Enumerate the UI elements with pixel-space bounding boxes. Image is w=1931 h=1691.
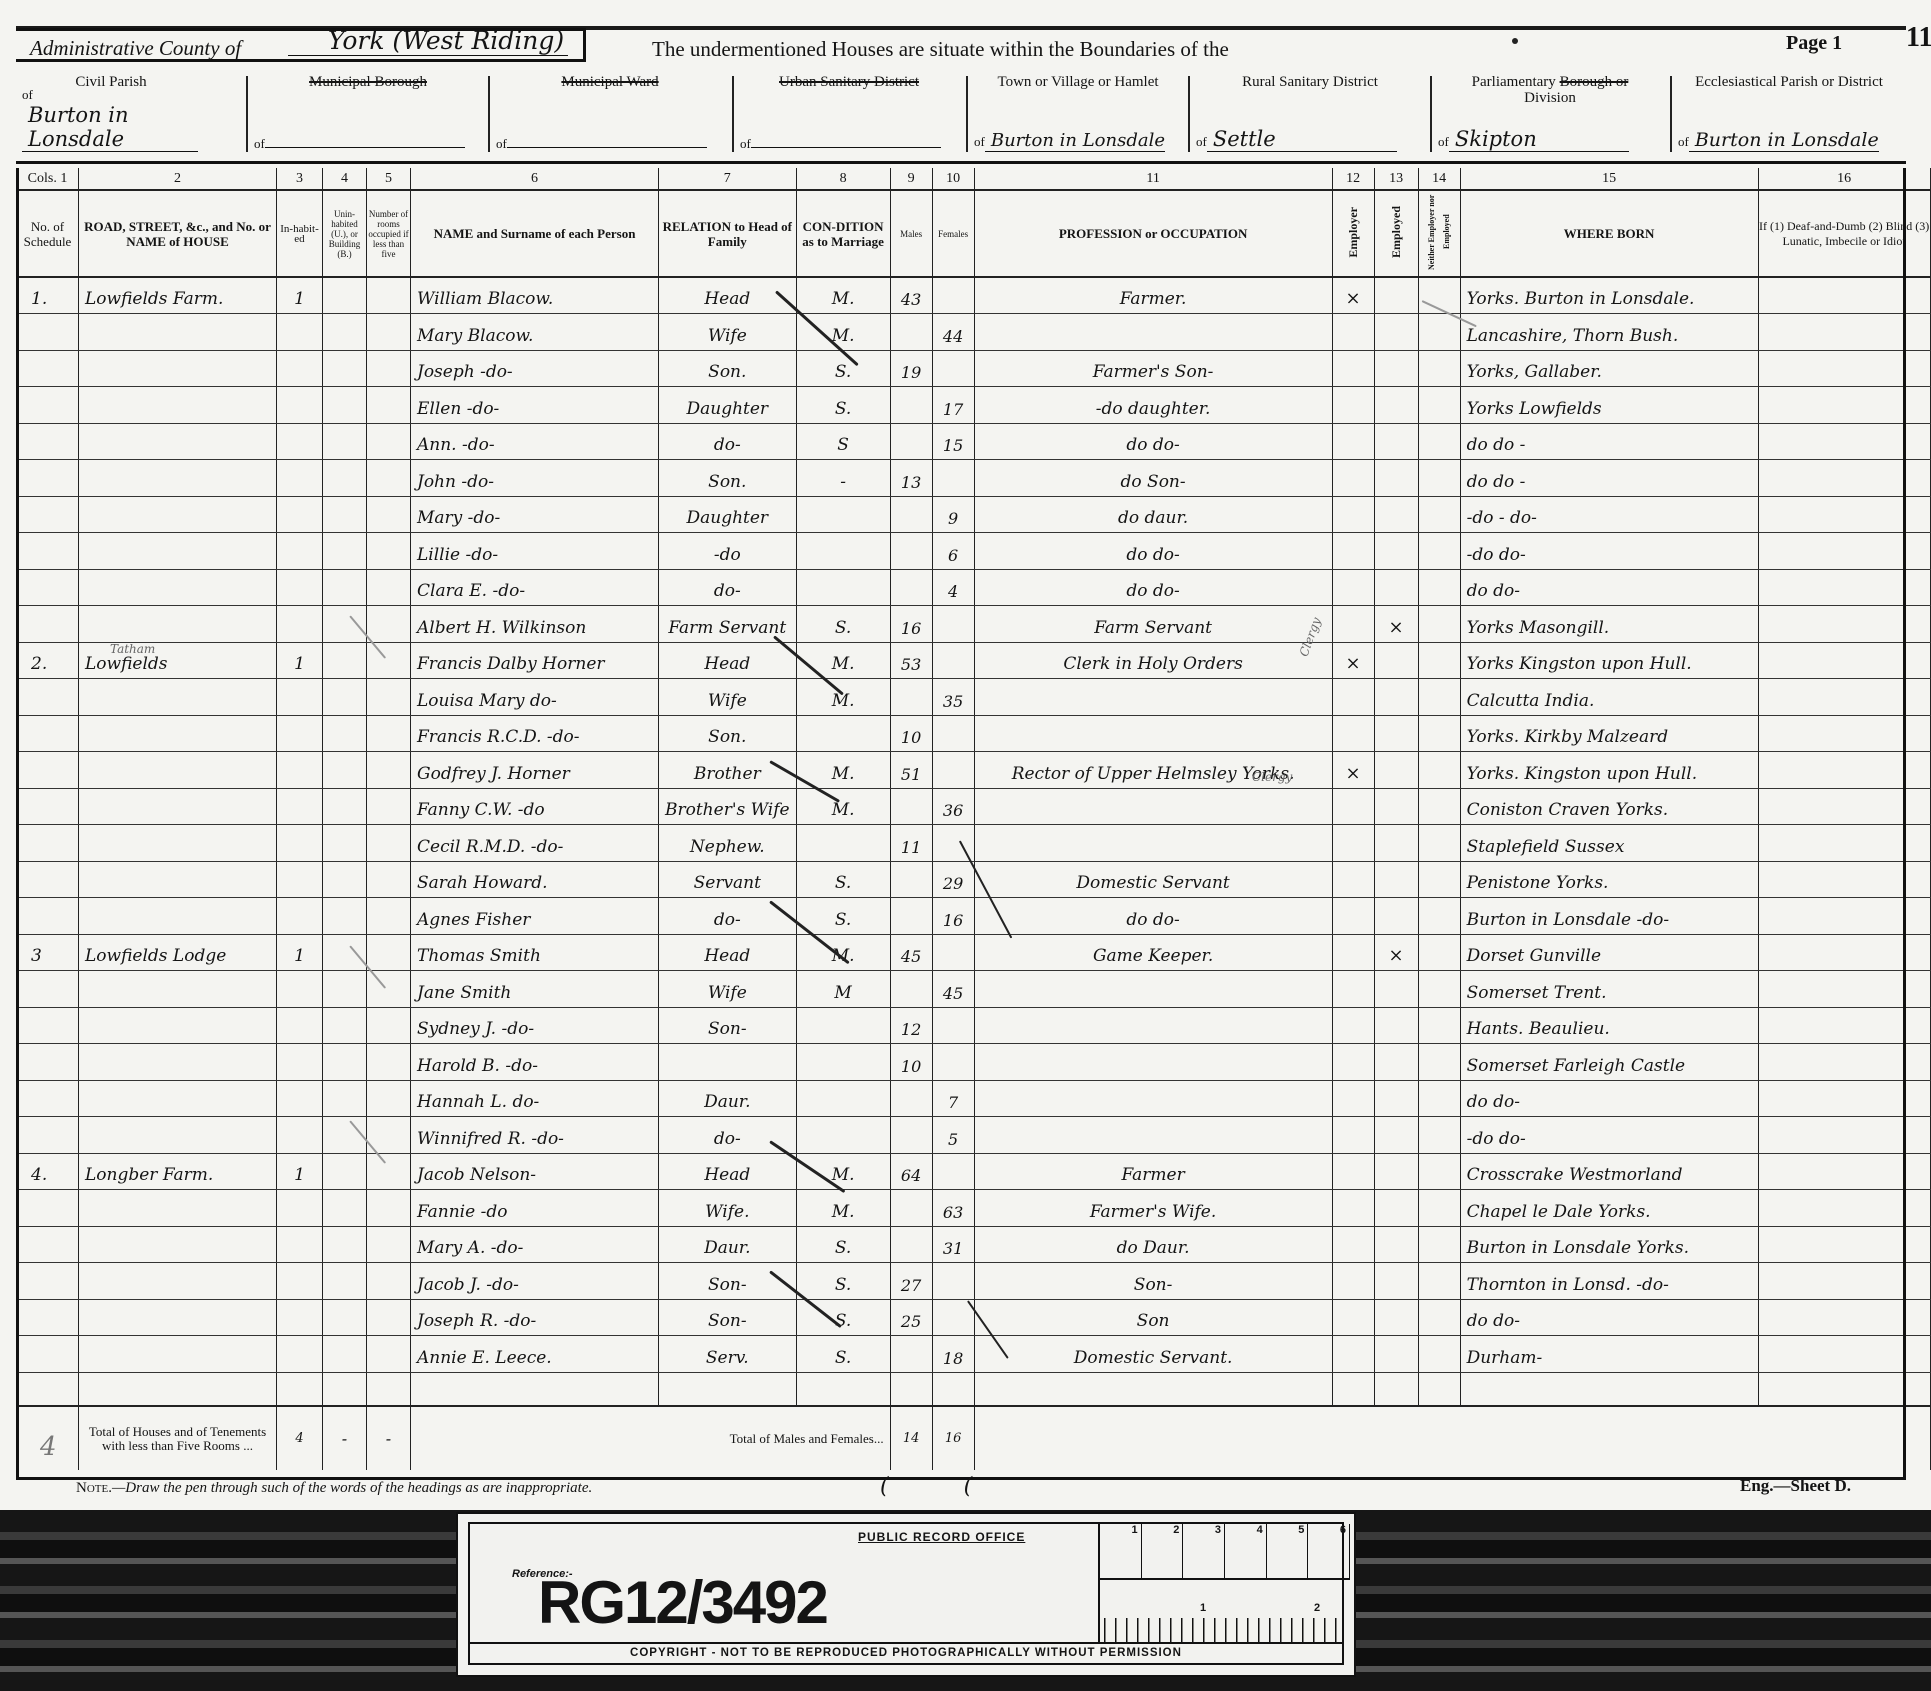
dot-mark xyxy=(1512,38,1518,44)
sheet-code: Eng.—Sheet D. xyxy=(1740,1476,1851,1496)
tick-marks: ( ( xyxy=(880,1474,1006,1499)
margin-mark: 4 xyxy=(40,1432,57,1462)
district-ecclesiastical: Ecclesiastical Parish or District ofBurt… xyxy=(1672,64,1906,164)
town-value: Burton in Lonsdale xyxy=(985,130,1165,152)
district-parliamentary: Parliamentary Borough orDivision ofSkipt… xyxy=(1432,64,1668,164)
reference-value: RG12/3492 xyxy=(538,1568,827,1637)
district-town-village: Town or Village or Hamlet ofBurton in Lo… xyxy=(968,64,1188,164)
office-title: PUBLIC RECORD OFFICE xyxy=(858,1530,1025,1544)
rural-district-value: Settle xyxy=(1207,127,1397,152)
district-municipal-borough: Municipal Borough of xyxy=(248,64,488,164)
county-value: York (West Riding) xyxy=(288,26,568,56)
page-number: Page 1 xyxy=(1786,32,1842,55)
reference-card: PUBLIC RECORD OFFICE Reference:- RG12/34… xyxy=(456,1512,1356,1677)
boundaries-title: The undermentioned Houses are situate wi… xyxy=(652,37,1229,62)
table-frame xyxy=(16,168,1906,1480)
district-urban-sanitary: Urban Sanitary District of xyxy=(734,64,964,164)
district-municipal-ward: Municipal Ward of xyxy=(490,64,730,164)
county-label: Administrative County of xyxy=(30,36,241,61)
district-row: Civil Parish ofBurton in Lonsdale Munici… xyxy=(16,64,1906,164)
copyright-notice: COPYRIGHT - NOT TO BE REPRODUCED PHOTOGR… xyxy=(470,1642,1342,1659)
folio-mark: 11 xyxy=(1906,22,1931,54)
scale-ruler: 1 2 3 4 5 6 1 2 xyxy=(1098,1524,1350,1644)
occupation-annotation: Clergy xyxy=(1252,770,1292,784)
house-annotation: Tatham xyxy=(110,642,155,656)
footer-note: Note.—Draw the pen through such of the w… xyxy=(76,1480,592,1497)
parliamentary-value: Skipton xyxy=(1449,127,1629,152)
census-sheet: Administrative County of York (West Ridi… xyxy=(0,0,1931,1510)
ecclesiastical-value: Burton in Lonsdale xyxy=(1689,129,1879,152)
district-civil-parish: Civil Parish ofBurton in Lonsdale xyxy=(16,64,206,164)
civil-parish-value: Burton in Lonsdale xyxy=(22,103,198,152)
district-rural-sanitary: Rural Sanitary District ofSettle xyxy=(1190,64,1430,164)
